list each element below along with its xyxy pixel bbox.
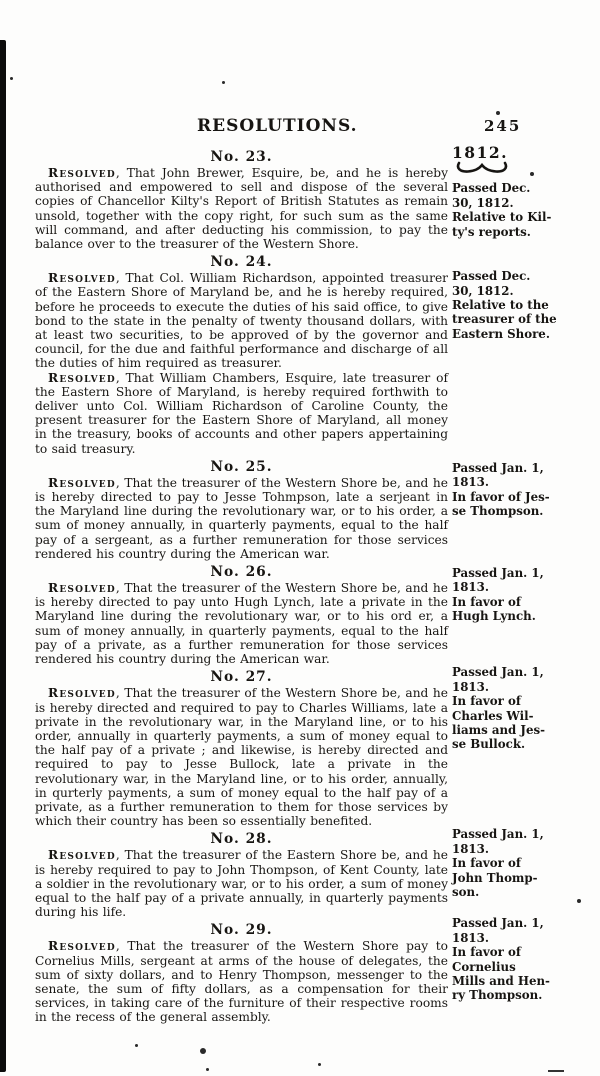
margin-note-line: Cornelius [452,960,552,974]
resolved-lead: Resolved [48,371,116,385]
margin-note-line: 1813. [452,842,552,856]
margin-note-line: Charles Wil- [452,709,552,723]
page-title: RESOLUTIONS. [197,116,358,136]
resolution-paragraph: Resolved, That John Brewer, Esquire, be,… [35,166,448,251]
margin-note-line: treasurer of the [452,312,552,326]
margin-note: Passed Dec. 30, 1812. Relative to the tr… [452,269,552,341]
scan-speck [10,77,13,80]
year-label-block: 1812. [452,146,552,175]
section-heading: No. 26. [35,564,448,580]
margin-note-line: 1813. [452,475,552,489]
resolved-lead: Resolved [48,581,116,595]
margin-note: Passed Jan. 1, 1813. In favor of Jes- se… [452,461,552,519]
scan-speck [496,111,500,115]
scan-speck [577,899,581,903]
margin-note-line: Passed Jan. 1, [452,665,552,679]
section-heading: No. 24. [35,254,448,270]
margin-note: Passed Jan. 1, 1813. In favor of Hugh Ly… [452,566,552,624]
section-heading: No. 27. [35,669,448,685]
margin-note-line: John Thomp- [452,871,552,885]
margin-note-line: Passed Dec. [452,269,552,283]
margin-note-line: In favor of [452,595,552,609]
margin-note-line: liams and Jes- [452,723,552,737]
scan-speck [222,81,225,84]
resolution-paragraph: Resolved, That the treasurer of the West… [35,686,448,828]
margin-note-line: Relative to Kil- [452,210,552,224]
section-heading: No. 29. [35,922,448,938]
paragraph-text: , That Col. William Richardson, appointe… [35,271,448,370]
margin-note-line: Mills and Hen- [452,974,552,988]
margin-note-line: In favor of [452,694,552,708]
scan-speck [206,1068,209,1071]
resolution-paragraph: Resolved, That the treasurer of the East… [35,848,448,919]
margin-note-line: Relative to the [452,298,552,312]
margin-note-line: Passed Dec. [452,181,552,195]
resolutions-column: No. 23. Resolved, That John Brewer, Esqu… [35,146,448,1027]
page-number: 245 [484,117,521,135]
margin-note: 1812. Passed Dec. 30, 1812. Relative to … [452,146,552,239]
resolution-section-29: No. 29. Resolved, That the treasurer of … [35,922,448,1024]
margin-note-line: Passed Jan. 1, [452,827,552,841]
margin-note-line: 30, 1812. [452,284,552,298]
margin-note-line: Hugh Lynch. [452,609,552,623]
resolution-section-25: No. 25. Resolved, That the treasurer of … [35,459,448,561]
margin-note-line: 1813. [452,680,552,694]
margin-note-line: se Bullock. [452,737,552,751]
section-heading: No. 28. [35,831,448,847]
section-heading: No. 23. [35,149,448,165]
resolved-lead: Resolved [48,166,116,180]
resolved-lead: Resolved [48,271,116,285]
scan-speck [318,1063,321,1066]
resolution-section-28: No. 28. Resolved, That the treasurer of … [35,831,448,919]
scanned-book-page: RESOLUTIONS. 245 No. 23. Resolved, That … [0,0,600,1076]
resolution-section-24: No. 24. Resolved, That Col. William Rich… [35,254,448,456]
resolution-paragraph: Resolved, That Col. William Richardson, … [35,271,448,370]
resolved-lead: Resolved [48,476,116,490]
scan-binding-bar [0,40,6,1072]
margin-note: Passed Jan. 1, 1813. In favor of Corneli… [452,916,552,1002]
margin-note-line: 30, 1812. [452,196,552,210]
resolved-lead: Resolved [48,686,116,700]
margin-note: Passed Jan. 1, 1813. In favor of John Th… [452,827,552,899]
margin-note-line: 1813. [452,931,552,945]
resolved-lead: Resolved [48,939,116,953]
paragraph-text: , That the treasurer of the Western Shor… [35,686,448,828]
resolution-paragraph: Resolved, That the treasurer of the West… [35,581,448,666]
margin-note-line: se Thompson. [452,504,552,518]
year-label: 1812. [452,146,552,160]
margin-note-line: Passed Jan. 1, [452,916,552,930]
resolution-section-26: No. 26. Resolved, That the treasurer of … [35,564,448,666]
scan-dash [548,1070,564,1072]
year-ornament-icon [454,161,512,175]
margin-note-line: Eastern Shore. [452,327,552,341]
margin-note-line: In favor of [452,856,552,870]
scan-speck [530,172,534,176]
margin-note-line: Passed Jan. 1, [452,461,552,475]
resolution-section-23: No. 23. Resolved, That John Brewer, Esqu… [35,149,448,251]
margin-note-line: son. [452,885,552,899]
resolution-paragraph: Resolved, That the treasurer of the West… [35,939,448,1024]
scan-speck [135,1044,138,1047]
margin-note: Passed Jan. 1, 1813. In favor of Charles… [452,665,552,751]
resolution-paragraph: Resolved, That the treasurer of the West… [35,476,448,561]
resolution-section-27: No. 27. Resolved, That the treasurer of … [35,669,448,828]
scan-speck [200,1048,206,1054]
resolved-lead: Resolved [48,848,116,862]
margin-note-line: ry Thompson. [452,988,552,1002]
margin-note-line: ty's reports. [452,225,552,239]
margin-note-line: 1813. [452,580,552,594]
section-heading: No. 25. [35,459,448,475]
resolution-paragraph: Resolved, That William Chambers, Esquire… [35,371,448,456]
margin-note-line: In favor of [452,945,552,959]
margin-note-line: Passed Jan. 1, [452,566,552,580]
margin-note-line: In favor of Jes- [452,490,552,504]
